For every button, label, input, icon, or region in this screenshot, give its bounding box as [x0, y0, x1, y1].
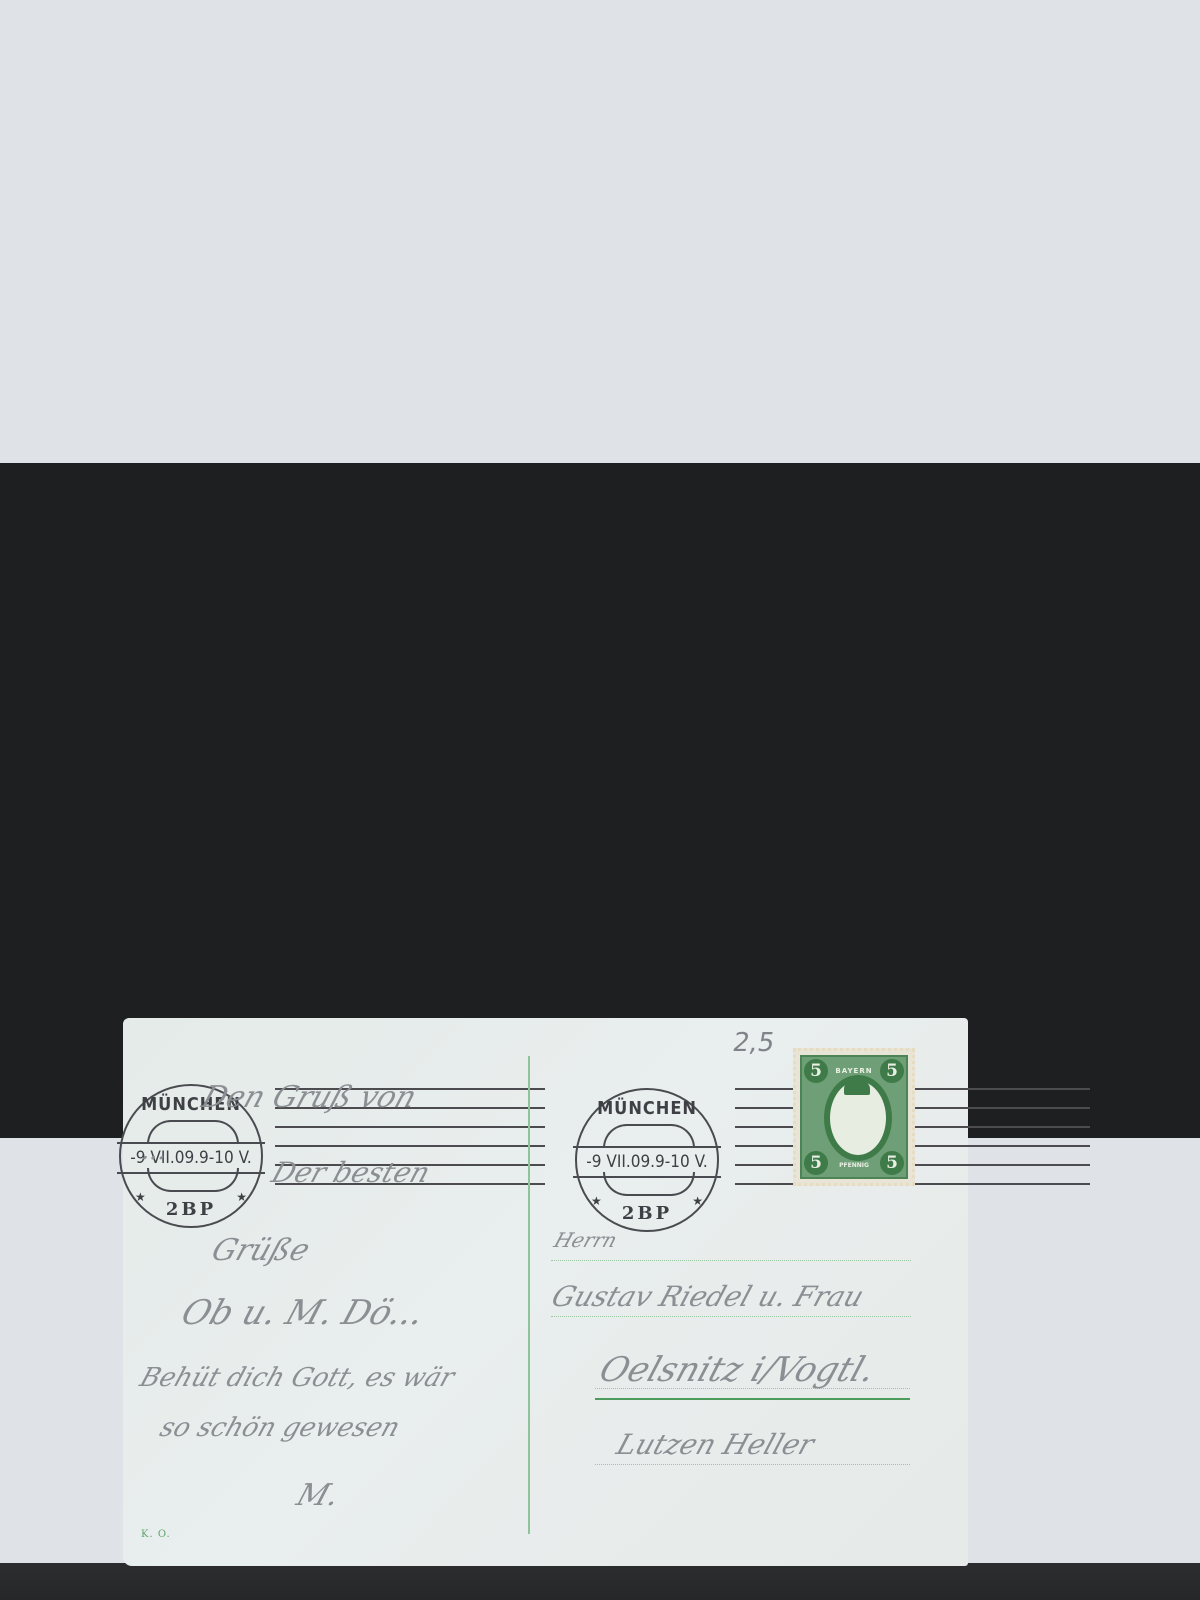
postmark-arc-bottom: [147, 1168, 239, 1192]
postmark-city: MÜNCHEN: [577, 1098, 717, 1119]
message-line: Behüt dich Gott, es wär: [136, 1363, 458, 1393]
stamp-value-tl: 5: [804, 1059, 828, 1083]
stamp-value-tr: 5: [880, 1059, 904, 1083]
message-line: Der besten: [268, 1156, 435, 1189]
address-rule: [551, 1316, 911, 1317]
address-street: Lutzen Heller: [613, 1428, 819, 1461]
address-rule-city: [595, 1398, 910, 1400]
address-salutation: Herrn: [551, 1228, 620, 1252]
message-signature: M.: [292, 1478, 344, 1513]
address-rule: [551, 1260, 911, 1261]
address-city: Oelsnitz i/Vogtl.: [595, 1350, 881, 1390]
crown-icon: [844, 1081, 870, 1095]
pencil-price-note: 2,5: [730, 1028, 777, 1058]
postmark-office-code: 2BP: [121, 1199, 261, 1220]
printer-mark: K. O.: [141, 1529, 171, 1540]
stamp-currency: PFENNIG: [802, 1162, 906, 1169]
message-line: Den Gruß von: [197, 1080, 421, 1115]
card-divider-line: [528, 1056, 530, 1534]
photo-background: 2,5 MÜNCHEN -9 VII.09.9-10 V. ★ ★ 2BP MÜ…: [0, 463, 1200, 1138]
stamp-frame: BAYERN 5 5 5 5 PFENNIG: [800, 1055, 908, 1179]
postmark-arc-bottom: [603, 1172, 695, 1196]
address-recipient: Gustav Riedel u. Frau: [548, 1280, 868, 1313]
shelf-edge: [0, 1563, 1200, 1600]
postmark-right: MÜNCHEN -9 VII.09.9-10 V. ★ ★ 2BP: [575, 1088, 719, 1232]
postage-stamp: BAYERN 5 5 5 5 PFENNIG: [793, 1048, 915, 1186]
postcard: 2,5 MÜNCHEN -9 VII.09.9-10 V. ★ ★ 2BP MÜ…: [123, 1018, 968, 1566]
message-line: so schön gewesen: [156, 1413, 403, 1443]
message-line: Grüße: [207, 1233, 314, 1268]
message-line: Ob u. M. Dö...: [177, 1293, 430, 1333]
postmark-office-code: 2BP: [577, 1203, 717, 1224]
address-rule: [595, 1464, 910, 1465]
postmark-arc-top: [603, 1124, 695, 1148]
